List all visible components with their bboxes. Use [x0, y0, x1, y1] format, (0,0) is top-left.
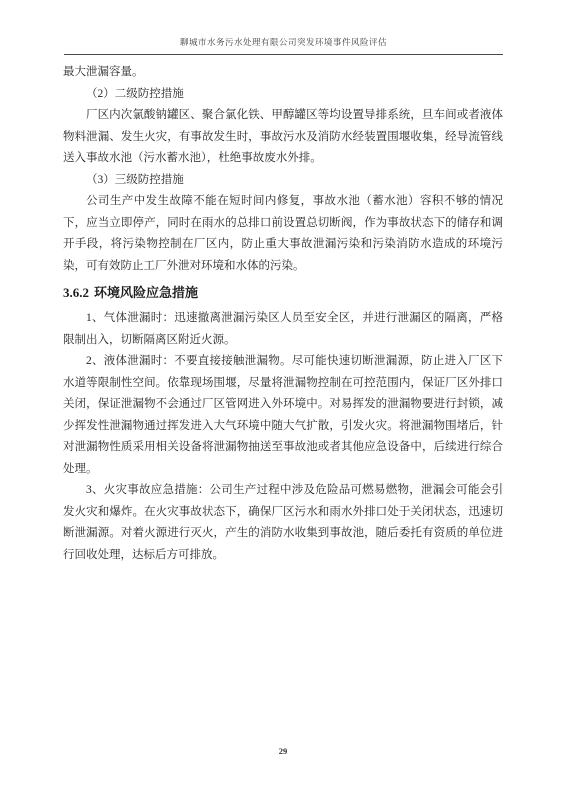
paragraph-secondary-control: 厂区内次氯酸钠罐区、聚合氯化铁、甲醇罐区等均设置导排系统，旦车间或者液体物料泄漏…	[63, 105, 503, 170]
section-title: 环境风险应急措施	[94, 285, 198, 300]
paragraph-gas-leak: 1、气体泄漏时：迅速撤离泄漏污染区人员至安全区，并进行泄漏区的隔离，严格限制出入…	[63, 308, 503, 351]
header-title: 聊城市水务污水处理有限公司突发环境事件风险评估	[180, 37, 387, 47]
subheading-secondary-control: （2）二级防控措施	[63, 84, 503, 106]
document-body: 最大泄漏容量。 （2）二级防控措施 厂区内次氯酸钠罐区、聚合氯化铁、甲醇罐区等均…	[63, 62, 503, 566]
subheading-tertiary-control: （3）三级防控措施	[63, 170, 503, 192]
page-number: 29	[279, 746, 288, 756]
paragraph-continuation: 最大泄漏容量。	[63, 62, 503, 84]
paragraph-tertiary-control: 公司生产中发生故障不能在短时间内修复，事故水池（蓄水池）容积不够的情况下，应当立…	[63, 191, 503, 277]
section-number: 3.6.2	[63, 285, 89, 300]
page-header: 聊城市水务污水处理有限公司突发环境事件风险评估	[64, 36, 503, 55]
page-footer: 29	[0, 746, 566, 756]
paragraph-fire-accident: 3、火灾事故应急措施：公司生产过程中涉及危险品可燃易燃物，泄漏会可能会引发火灾和…	[63, 480, 503, 566]
document-page: 聊城市水务污水处理有限公司突发环境事件风险评估 最大泄漏容量。 （2）二级防控措…	[0, 0, 566, 800]
paragraph-liquid-leak: 2、液体泄漏时：不要直接接触泄漏物。尽可能快速切断泄漏源，防止进入厂区下水道等限…	[63, 351, 503, 480]
section-heading: 3.6.2环境风险应急措施	[63, 282, 503, 304]
